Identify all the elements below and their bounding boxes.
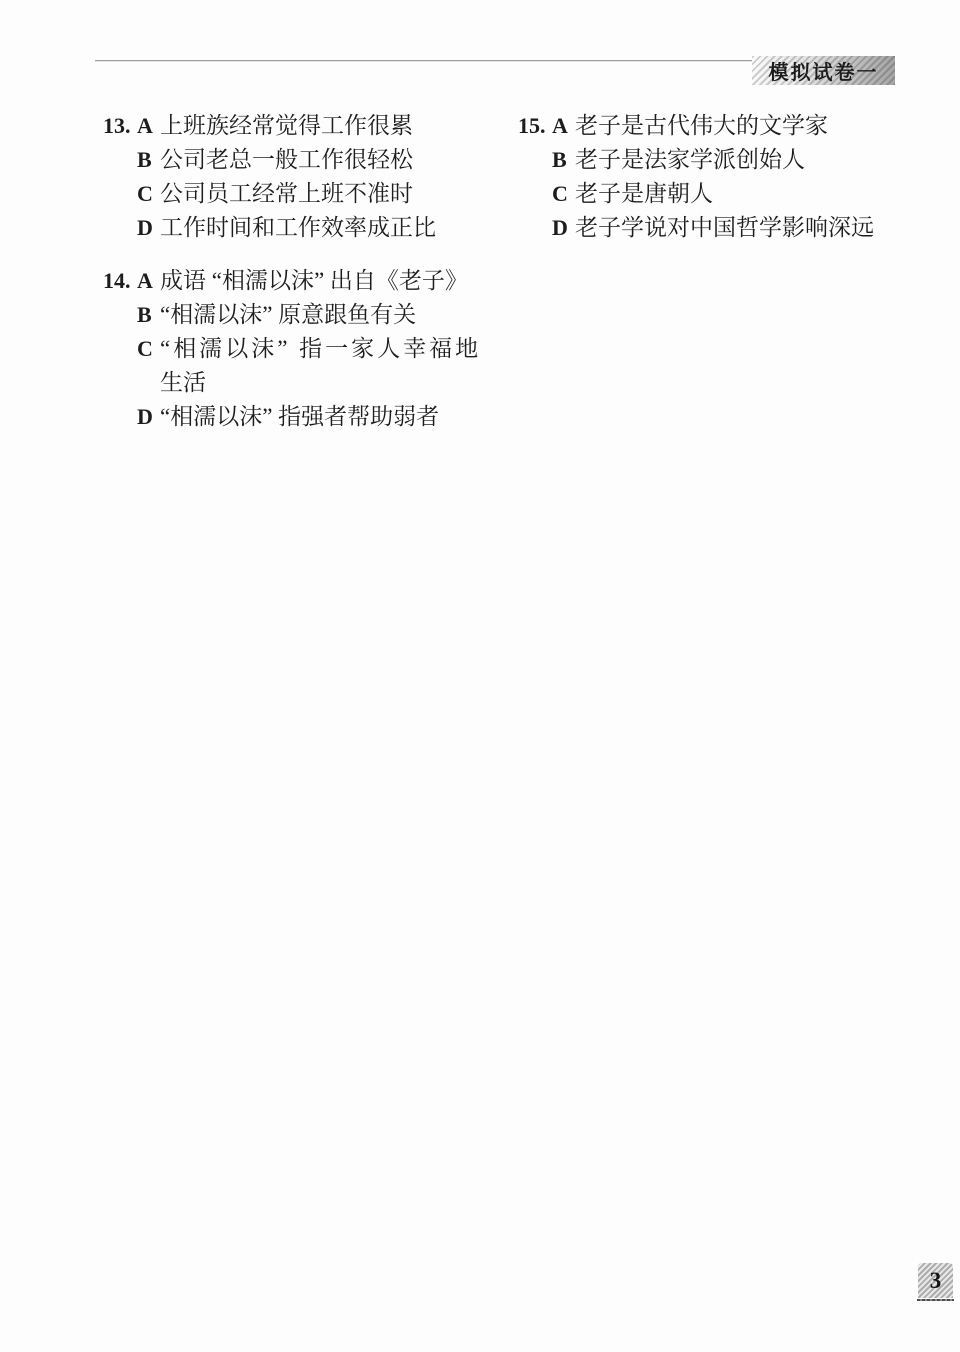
question-block-15: 15. A 老子是古代伟大的文学家 B 老子是法家学派创始人 C 老子是唐朝人 … bbox=[518, 109, 938, 245]
option-text: 工作时间和工作效率成正比 bbox=[160, 211, 436, 245]
option-row: C 老子是唐朝人 bbox=[518, 177, 938, 211]
option-row: 13. A 上班族经常觉得工作很累 bbox=[103, 109, 513, 143]
option-row: B 老子是法家学派创始人 bbox=[518, 143, 938, 177]
option-row: D 工作时间和工作效率成正比 bbox=[103, 211, 513, 245]
question-number: 15. bbox=[518, 109, 552, 143]
option-text: 成语 “相濡以沫” 出自《老子》 bbox=[160, 264, 468, 298]
scanned-exam-page: 模拟试卷一 13. A 上班族经常觉得工作很累 B 公司老总一般工作很轻松 C … bbox=[0, 0, 960, 1352]
header-tab-label: 模拟试卷一 bbox=[752, 56, 895, 85]
option-letter: A bbox=[137, 109, 160, 143]
option-row: D 老子学说对中国哲学影响深远 bbox=[518, 211, 938, 245]
option-letter: D bbox=[552, 211, 575, 245]
option-row: 15. A 老子是古代伟大的文学家 bbox=[518, 109, 938, 143]
option-row: C “相濡以沫” 指一家人幸福地 bbox=[103, 332, 523, 366]
option-text: 老子是法家学派创始人 bbox=[575, 143, 805, 177]
page-number-badge: 3 bbox=[918, 1263, 953, 1298]
option-row: B 公司老总一般工作很轻松 bbox=[103, 143, 513, 177]
question-number: 14. bbox=[103, 264, 137, 298]
page-number-underline bbox=[917, 1299, 954, 1301]
page-number-text: 3 bbox=[930, 1268, 942, 1294]
option-text: 老子是古代伟大的文学家 bbox=[575, 109, 828, 143]
option-letter: A bbox=[552, 109, 575, 143]
option-text-continuation: 生活 bbox=[160, 366, 206, 400]
option-text: 上班族经常觉得工作很累 bbox=[160, 109, 413, 143]
option-letter: B bbox=[137, 298, 160, 332]
option-row: D “相濡以沫” 指强者帮助弱者 bbox=[103, 400, 523, 434]
header-tab-text: 模拟试卷一 bbox=[769, 56, 879, 85]
option-letter: D bbox=[137, 211, 160, 245]
question-block-14: 14. A 成语 “相濡以沫” 出自《老子》 B “相濡以沫” 原意跟鱼有关 C… bbox=[103, 264, 523, 434]
option-letter: C bbox=[137, 177, 160, 211]
option-text: 公司老总一般工作很轻松 bbox=[160, 143, 413, 177]
option-text: “相濡以沫” 原意跟鱼有关 bbox=[160, 298, 416, 332]
option-text: “相濡以沫” 指一家人幸福地 bbox=[160, 332, 481, 366]
option-letter: B bbox=[552, 143, 575, 177]
question-block-13: 13. A 上班族经常觉得工作很累 B 公司老总一般工作很轻松 C 公司员工经常… bbox=[103, 109, 513, 245]
option-letter: C bbox=[137, 332, 160, 366]
option-letter: B bbox=[137, 143, 160, 177]
option-letter: C bbox=[552, 177, 575, 211]
question-number: 13. bbox=[103, 109, 137, 143]
option-text: 老子是唐朝人 bbox=[575, 177, 713, 211]
option-row-continuation: 生活 bbox=[103, 366, 523, 400]
option-letter: A bbox=[137, 264, 160, 298]
option-row: B “相濡以沫” 原意跟鱼有关 bbox=[103, 298, 523, 332]
option-text: 老子学说对中国哲学影响深远 bbox=[575, 211, 874, 245]
option-row: C 公司员工经常上班不准时 bbox=[103, 177, 513, 211]
option-row: 14. A 成语 “相濡以沫” 出自《老子》 bbox=[103, 264, 523, 298]
option-text: “相濡以沫” 指强者帮助弱者 bbox=[160, 400, 439, 434]
option-letter: D bbox=[137, 400, 160, 434]
option-text: 公司员工经常上班不准时 bbox=[160, 177, 413, 211]
